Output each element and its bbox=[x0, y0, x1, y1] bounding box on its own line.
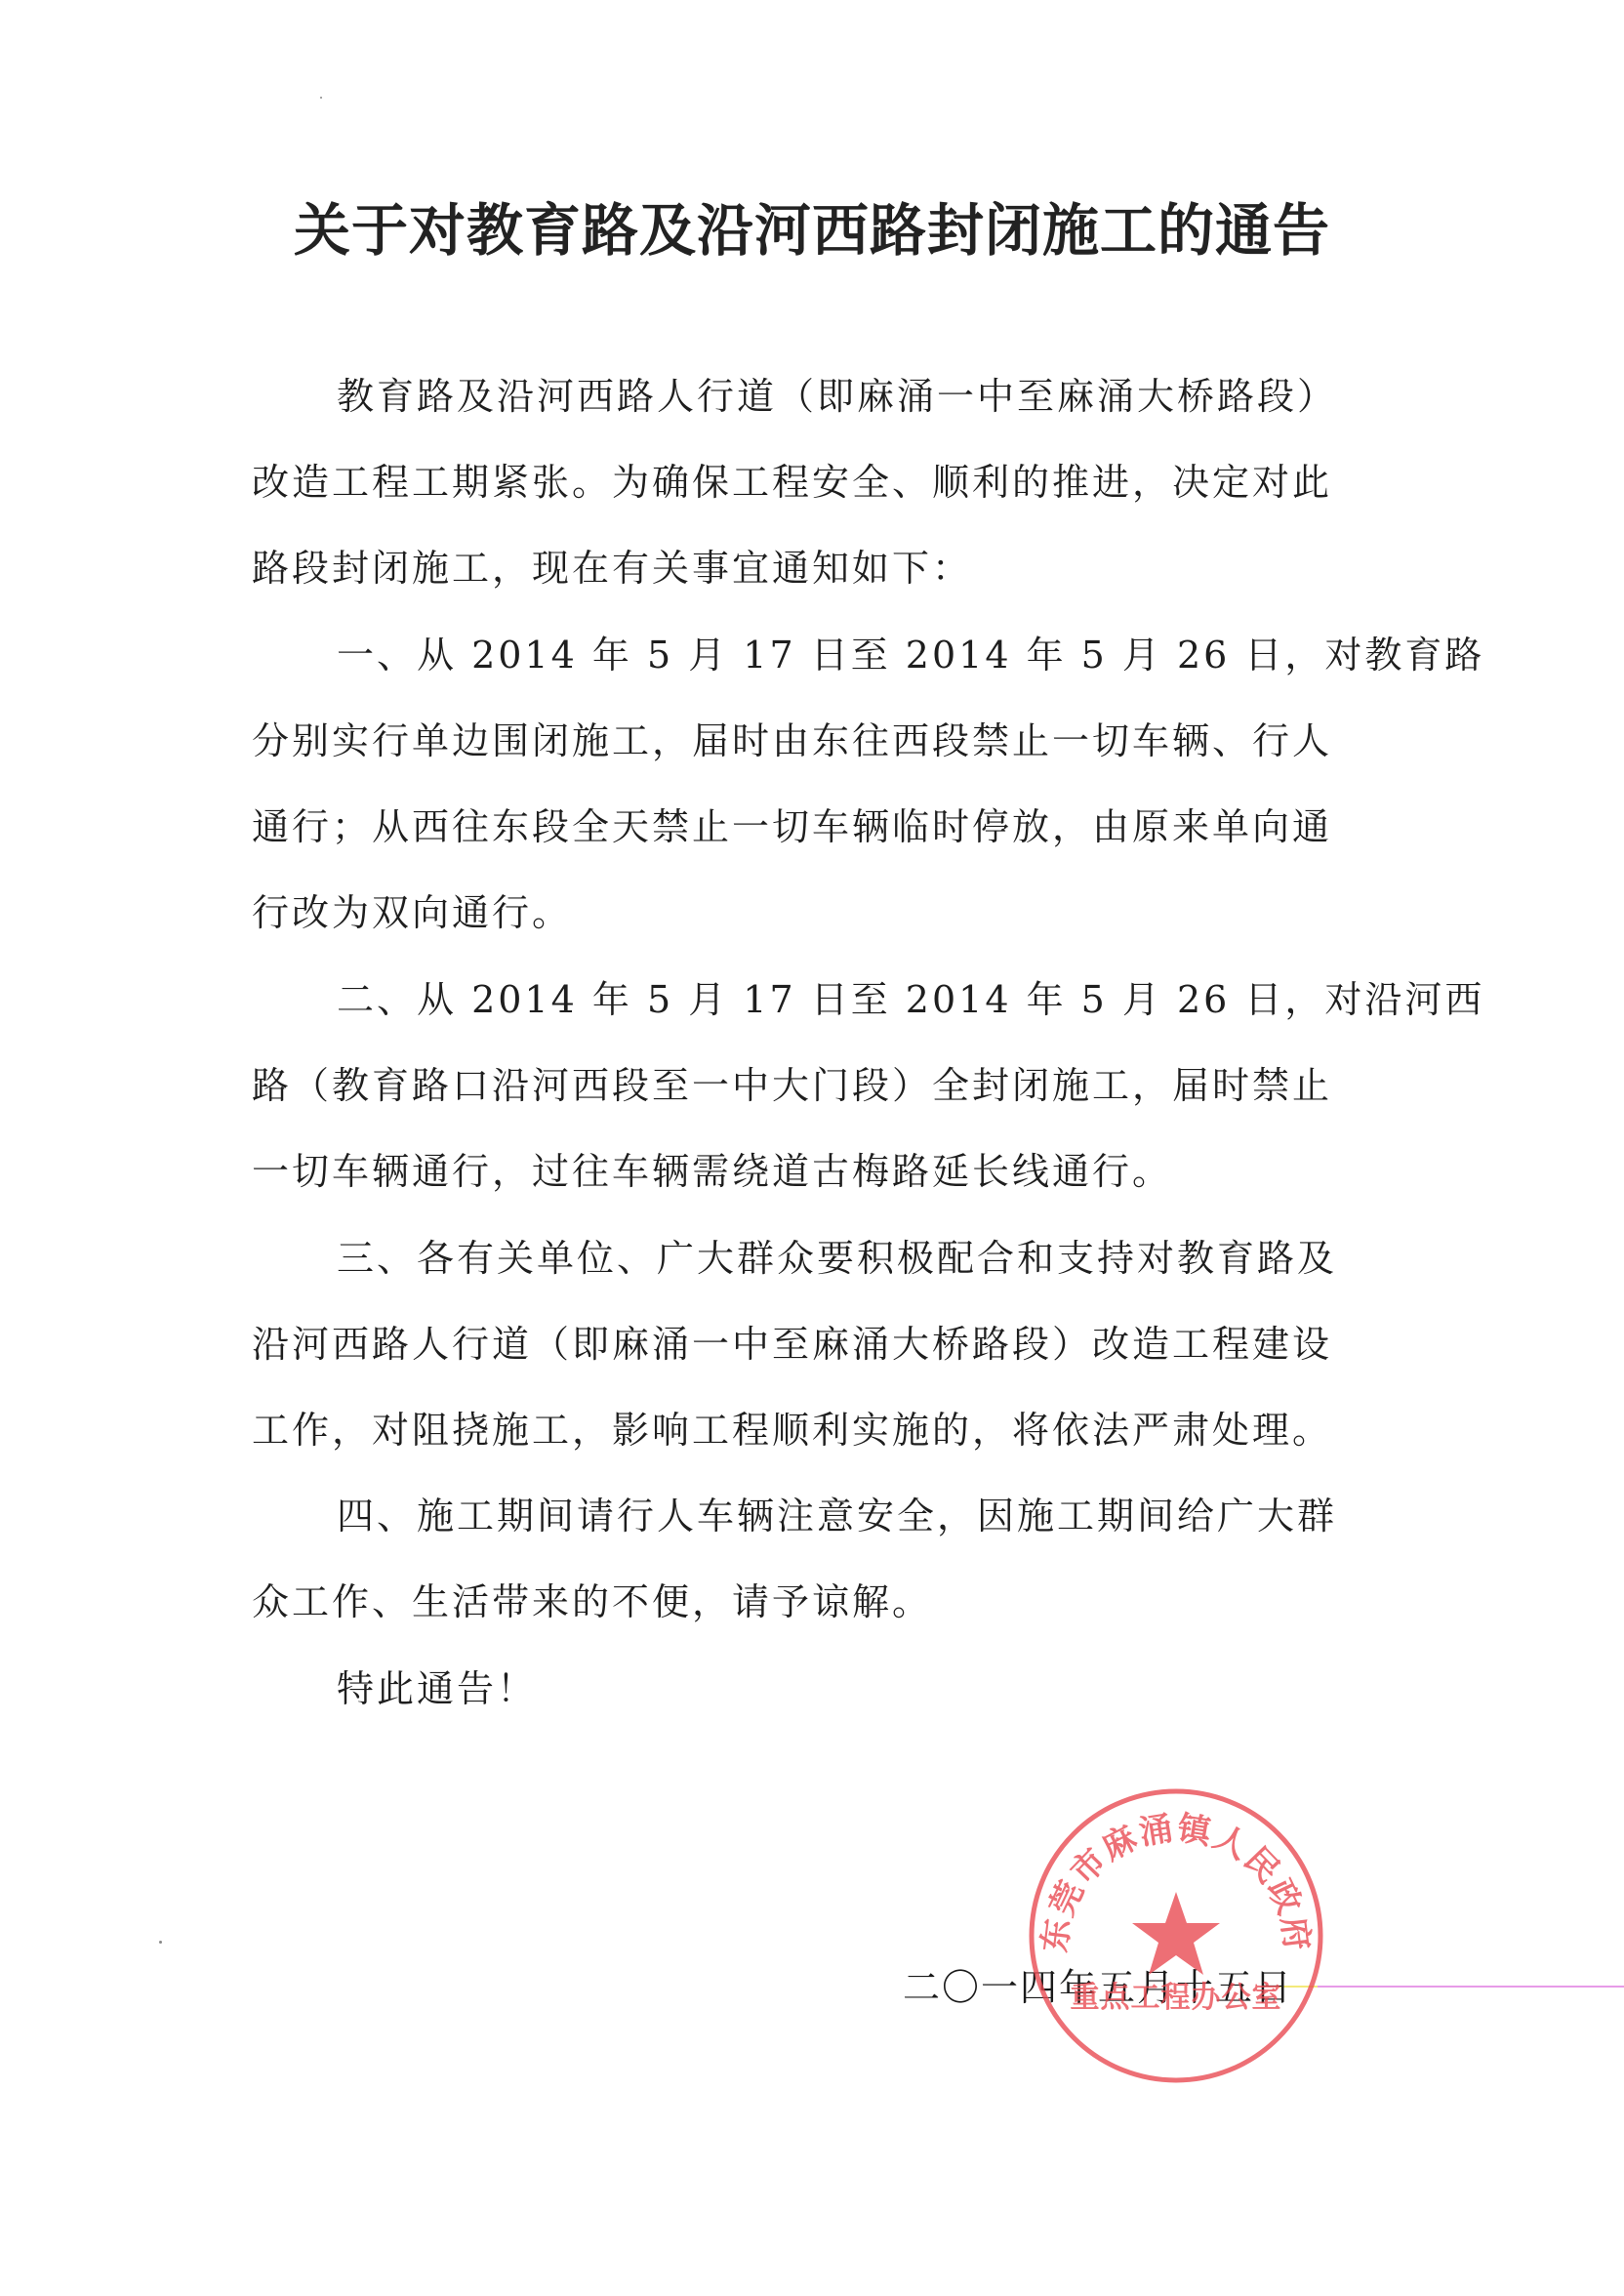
date-underline bbox=[1318, 1986, 1624, 1988]
notice-item-1: 一、从 2014 年 5 月 17 日至 2014 年 5 月 26 日，对教育… bbox=[252, 612, 1380, 956]
seal-top-text: 东莞市麻涌镇人民政府 bbox=[1035, 1809, 1317, 1954]
document-date: 二〇一四年五月十五日 bbox=[903, 1960, 1293, 2015]
seal-ring bbox=[1032, 1791, 1320, 2080]
notice-item-2: 二、从 2014 年 5 月 17 日至 2014 年 5 月 26 日，对沿河… bbox=[252, 957, 1380, 1214]
item-line: 路（教育路口沿河西段至一中大门段）全封闭施工，届时禁止 bbox=[252, 1043, 1380, 1128]
item-line: 一、从 2014 年 5 月 17 日至 2014 年 5 月 26 日，对教育… bbox=[252, 612, 1380, 698]
intro-line: 教育路及沿河西路人行道（即麻涌一中至麻涌大桥路段） bbox=[252, 353, 1380, 439]
item-line: 二、从 2014 年 5 月 17 日至 2014 年 5 月 26 日，对沿河… bbox=[252, 957, 1380, 1043]
intro-paragraph: 教育路及沿河西路人行道（即麻涌一中至麻涌大桥路段） 改造工程工期紧张。为确保工程… bbox=[252, 353, 1380, 611]
item-line: 四、施工期间请行人车辆注意安全，因施工期间给广大群 bbox=[252, 1473, 1380, 1559]
closing-text: 特此通告！ bbox=[252, 1646, 1380, 1732]
item-line: 众工作、生活带来的不便，请予谅解。 bbox=[252, 1559, 1380, 1645]
document-title: 关于对教育路及沿河西路封闭施工的通告 bbox=[293, 191, 1331, 269]
item-line: 沿河西路人行道（即麻涌一中至麻涌大桥路段）改造工程建设 bbox=[252, 1301, 1380, 1387]
intro-line: 路段封闭施工，现在有关事宜通知如下： bbox=[252, 525, 1380, 611]
notice-item-4: 四、施工期间请行人车辆注意安全，因施工期间给广大群 众工作、生活带来的不便，请予… bbox=[252, 1473, 1380, 1645]
closing-paragraph: 特此通告！ bbox=[252, 1646, 1380, 1732]
document-page: 关于对教育路及沿河西路封闭施工的通告 教育路及沿河西路人行道（即麻涌一中至麻涌大… bbox=[0, 0, 1624, 2296]
intro-line: 改造工程工期紧张。为确保工程安全、顺利的推进，决定对此 bbox=[252, 439, 1380, 525]
item-line: 工作，对阻挠施工，影响工程顺利实施的，将依法严肃处理。 bbox=[252, 1387, 1380, 1473]
scan-speck bbox=[159, 1941, 162, 1944]
scan-speck bbox=[320, 97, 322, 99]
item-line: 分别实行单边围闭施工，届时由东往西段禁止一切车辆、行人 bbox=[252, 698, 1380, 784]
item-line: 通行；从西往东段全天禁止一切车辆临时停放，由原来单向通 bbox=[252, 784, 1380, 870]
official-seal: 东莞市麻涌镇人民政府 重点工程办公室 bbox=[1025, 1784, 1327, 2087]
item-line: 行改为双向通行。 bbox=[252, 870, 1380, 956]
item-line: 一切车辆通行，过往车辆需绕道古梅路延长线通行。 bbox=[252, 1128, 1380, 1214]
notice-item-3: 三、各有关单位、广大群众要积极配合和支持对教育路及 沿河西路人行道（即麻涌一中至… bbox=[252, 1215, 1380, 1473]
item-line: 三、各有关单位、广大群众要积极配合和支持对教育路及 bbox=[252, 1215, 1380, 1301]
